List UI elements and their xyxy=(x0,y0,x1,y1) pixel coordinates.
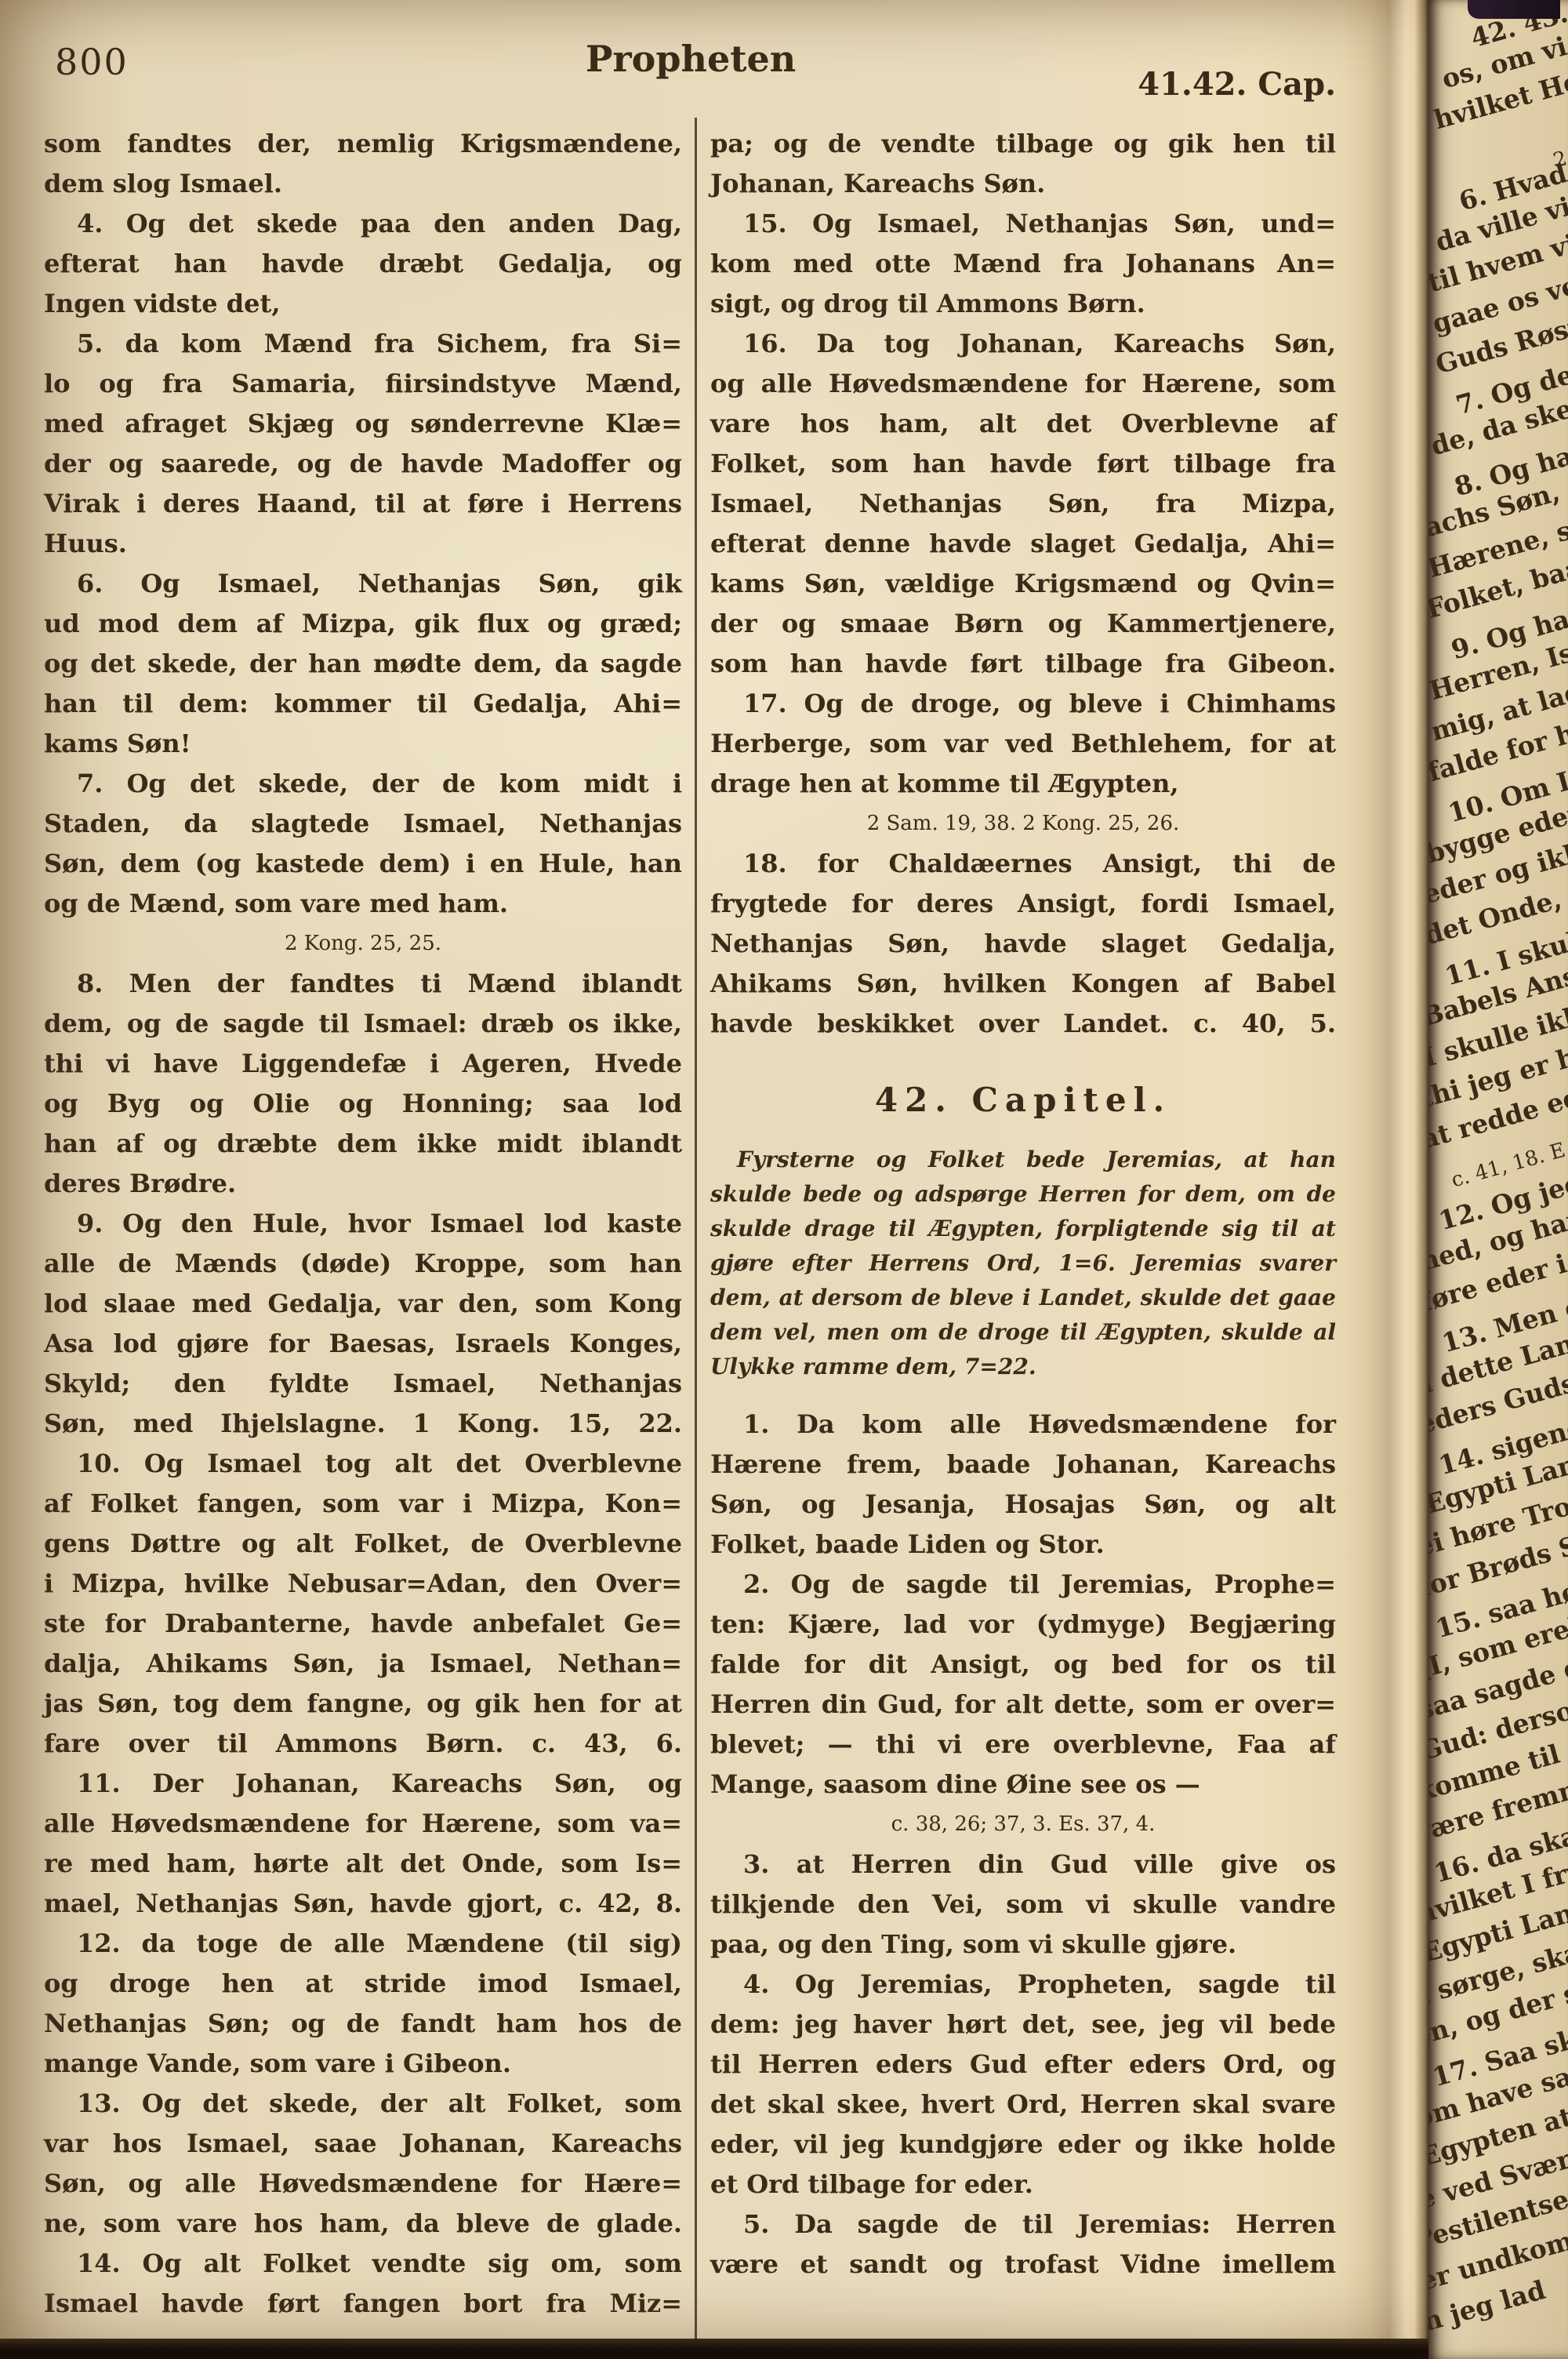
text-line: 5. da kom Mænd fra Sichem, fra Si= xyxy=(44,324,682,364)
text-line: ne, som vare hos ham, da bleve de glade. xyxy=(44,2204,682,2244)
text-line: kams Søn, vældige Krigsmænd og Qvin= xyxy=(710,564,1336,604)
text-line: frygtede for deres Ansigt, fordi Ismael, xyxy=(710,884,1336,924)
text-line: 2 Kong. 25, 25. xyxy=(44,924,682,964)
text-line: gjøre efter Herrens Ord, 1=6. Jeremias s… xyxy=(710,1246,1336,1281)
chapter-reference: 41.42. Cap. xyxy=(1138,66,1336,103)
text-line: ud mod dem af Mizpa, gik flux og græd; xyxy=(44,604,682,644)
page-fore-edge-shadow xyxy=(1341,0,1428,2359)
text-line: tilkjende den Vei, som vi skulle vandre xyxy=(710,1885,1336,1925)
text-line: 1. Da kom alle Høvedsmændene for xyxy=(710,1405,1336,1445)
text-line: og det skede, der han mødte dem, da sagd… xyxy=(44,644,682,684)
text-line: 5. Da sagde de til Jeremias: Herren xyxy=(710,2205,1336,2245)
text-line: der og saarede, og de havde Madoffer og xyxy=(44,444,682,484)
text-line: skulde bede og adspørge Herren for dem, … xyxy=(710,1177,1336,1212)
text-line: pa; og de vendte tilbage og gik hen til xyxy=(710,124,1336,164)
text-line: dem, og de sagde til Ismael: dræb os ikk… xyxy=(44,1004,682,1044)
right-column: pa; og de vendte tilbage og gik hen tilJ… xyxy=(710,124,1336,2284)
text-line: 7. Og det skede, der de kom midt i xyxy=(44,764,682,804)
text-line: 16. Da tog Johanan, Kareachs Søn, xyxy=(710,324,1336,364)
text-line: Nethanjas Søn; og de fandt ham hos de xyxy=(44,2004,682,2044)
text-line: med afraget Skjæg og sønderrevne Klæ= xyxy=(44,404,682,444)
text-line: Ahikams Søn, hvilken Kongen af Babel xyxy=(710,964,1336,1004)
text-line: til Herren eders Gud efter eders Ord, og xyxy=(710,2045,1336,2085)
text-line: Skyld; den fyldte Ismael, Nethanjas xyxy=(44,1364,682,1404)
text-line: 11. Der Johanan, Kareachs Søn, og xyxy=(44,1764,682,1804)
text-line: skulde drage til Ægypten, forpligtende s… xyxy=(710,1212,1336,1246)
text-line: Ingen vidste det, xyxy=(44,284,682,324)
left-column: som fandtes der, nemlig Krigsmændene,dem… xyxy=(44,124,682,2324)
facing-page-edge: 42. 43. Cap.os, om vi ikkehvilket Herren… xyxy=(1428,0,1568,2359)
text-line: Ismael havde ført fangen bort fra Miz= xyxy=(44,2284,682,2324)
text-line: dem vel, men om de droge til Ægypten, sk… xyxy=(710,1315,1336,1350)
text-line: vare hos ham, alt det Overblevne af xyxy=(710,404,1336,444)
text-line: dalja, Ahikams Søn, ja Ismael, Nethan= xyxy=(44,1644,682,1684)
text-line: Asa lod gjøre for Baesas, Israels Konges… xyxy=(44,1324,682,1364)
text-line: 15. Og Ismael, Nethanjas Søn, und= xyxy=(710,204,1336,244)
text-line: Johanan, Kareachs Søn. xyxy=(710,164,1336,204)
text-line: 13. Og det skede, der alt Folket, som xyxy=(44,2084,682,2124)
text-line: Ismael, Nethanjas Søn, fra Mizpa, xyxy=(710,484,1336,524)
text-line: fare over til Ammons Børn. c. 43, 6. xyxy=(44,1724,682,1764)
text-line: paa, og den Ting, som vi skulle gjøre. xyxy=(710,1925,1336,1965)
text-line: af Folket fangen, som var i Mizpa, Kon= xyxy=(44,1484,682,1524)
text-line: der og smaae Børn og Kammertjenere, xyxy=(710,604,1336,644)
text-line: og droge hen at stride imod Ismael, xyxy=(44,1964,682,2004)
text-line: alle de Mænds (døde) Kroppe, som han xyxy=(44,1244,682,1284)
text-line: han af og dræbte dem ikke midt iblandt xyxy=(44,1124,682,1164)
text-line: alle Høvedsmændene for Hærene, som va= xyxy=(44,1804,682,1844)
text-line: deres Brødre. xyxy=(44,1164,682,1204)
text-line: jas Søn, tog dem fangne, og gik hen for … xyxy=(44,1684,682,1724)
text-line: c. 38, 26; 37, 3. Es. 37, 4. xyxy=(710,1805,1336,1845)
text-line: re med ham, hørte alt det Onde, som Is= xyxy=(44,1844,682,1884)
text-line: Folket, som han havde ført tilbage fra xyxy=(710,444,1336,484)
text-line: 2. Og de sagde til Jeremias, Prophe= xyxy=(710,1565,1336,1605)
text-line: dem slog Ismael. xyxy=(44,164,682,204)
text-line: Hærene frem, baade Johanan, Kareachs xyxy=(710,1445,1336,1485)
text-line: 9. Og den Hule, hvor Ismael lod kaste xyxy=(44,1204,682,1244)
text-line: være et sandt og trofast Vidne imellem xyxy=(710,2245,1336,2284)
text-line: som fandtes der, nemlig Krigsmændene, xyxy=(44,124,682,164)
text-line: ste for Drabanterne, havde anbefalet Ge= xyxy=(44,1604,682,1644)
text-line: han til dem: kommer til Gedalja, Ahi= xyxy=(44,684,682,724)
text-line: drage hen at komme til Ægypten, xyxy=(710,764,1336,804)
text-line: efterat denne havde slaget Gedalja, Ahi= xyxy=(710,524,1336,564)
page-header: 800 Propheten 41.42. Cap. xyxy=(44,35,1338,97)
text-line: kom med otte Mænd fra Johanans An= xyxy=(710,244,1336,284)
text-line: 6. Og Ismael, Nethanjas Søn, gik xyxy=(44,564,682,604)
text-line: 14. Og alt Folket vendte sig om, som xyxy=(44,2244,682,2284)
background-corner xyxy=(1468,0,1560,19)
text-line: havde beskikket over Landet. c. 40, 5. xyxy=(710,1004,1336,1044)
text-line: falde for dit Ansigt, og bed for os til xyxy=(710,1645,1336,1685)
text-line: kams Søn! xyxy=(44,724,682,764)
text-line: 18. for Chaldæernes Ansigt, thi de xyxy=(710,844,1336,884)
text-line: Virak i deres Haand, til at føre i Herre… xyxy=(44,484,682,524)
text-line: 4. Og Jeremias, Propheten, sagde til xyxy=(710,1965,1336,2005)
text-line: og de Mænd, som vare med ham. xyxy=(44,884,682,924)
text-line: Fyrsterne og Folket bede Jeremias, at ha… xyxy=(710,1143,1336,1177)
text-line: Staden, da slagtede Ismael, Nethanjas xyxy=(44,804,682,844)
text-line: thi vi have Liggendefæ i Ageren, Hvede xyxy=(44,1044,682,1084)
text-line: Søn, med Ihjelslagne. 1 Kong. 15, 22. xyxy=(44,1404,682,1444)
column-rule xyxy=(695,118,697,2339)
text-line: eder, vil jeg kundgjøre eder og ikke hol… xyxy=(710,2125,1336,2165)
text-line: og Byg og Olie og Honning; saa lod xyxy=(44,1084,682,1124)
text-line: mael, Nethanjas Søn, havde gjort, c. 42,… xyxy=(44,1884,682,1924)
text-line: 4. Og det skede paa den anden Dag, xyxy=(44,204,682,244)
book-photo: 800 Propheten 41.42. Cap. som fandtes de… xyxy=(0,0,1568,2359)
text-line: var hos Ismael, saae Johanan, Kareachs xyxy=(44,2124,682,2164)
text-line: det skal skee, hvert Ord, Herren skal sv… xyxy=(710,2085,1336,2125)
text-line: sigt, og drog til Ammons Børn. xyxy=(710,284,1336,324)
text-line: Søn, og Jesanja, Hosajas Søn, og alt xyxy=(710,1485,1336,1525)
text-line: i Mizpa, hvilke Nebusar=Adan, den Over= xyxy=(44,1564,682,1604)
text-line: og alle Høvedsmændene for Hærene, som xyxy=(710,364,1336,404)
text-line: 2 Sam. 19, 38. 2 Kong. 25, 26. xyxy=(710,804,1336,844)
text-line: dem: jeg haver hørt det, see, jeg vil be… xyxy=(710,2005,1336,2045)
text-line: gens Døttre og alt Folket, de Overblevne xyxy=(44,1524,682,1564)
text-line: 42. Capitel. xyxy=(710,1061,1336,1136)
text-line: Mange, saasom dine Øine see os — xyxy=(710,1765,1336,1805)
text-line: et Ord tilbage for eder. xyxy=(710,2165,1336,2205)
text-line: 12. da toge de alle Mændene (til sig) xyxy=(44,1924,682,1964)
text-line: Nethanjas Søn, havde slaget Gedalja, xyxy=(710,924,1336,964)
text-line: som han havde ført tilbage fra Gibeon. xyxy=(710,644,1336,684)
book-page-800: 800 Propheten 41.42. Cap. som fandtes de… xyxy=(0,0,1428,2359)
text-line: Ulykke ramme dem, 7=22. xyxy=(710,1350,1336,1384)
text-line: 17. Og de droge, og bleve i Chimhams xyxy=(710,684,1336,724)
text-line: 8. Men der fandtes ti Mænd iblandt xyxy=(44,964,682,1004)
text-line: 3. at Herren din Gud ville give os xyxy=(710,1845,1336,1885)
text-line: Herren din Gud, for alt dette, som er ov… xyxy=(710,1685,1336,1725)
text-line: Søn, dem (og kastede dem) i en Hule, han xyxy=(44,844,682,884)
text-line: Herberge, som var ved Bethlehem, for at xyxy=(710,724,1336,764)
text-line: lod slaae med Gedalja, var den, som Kong xyxy=(44,1284,682,1324)
text-line: blevet; — thi vi ere overblevne, Faa af xyxy=(710,1725,1336,1765)
text-line: Folket, baade Liden og Stor. xyxy=(710,1525,1336,1565)
book-bottom-edge xyxy=(0,2339,1428,2359)
facing-page-text: 42. 43. Cap.os, om vi ikkehvilket Herren… xyxy=(1428,0,1568,2343)
text-line: Søn, og alle Høvedsmændene for Hære= xyxy=(44,2164,682,2204)
text-line: ten: Kjære, lad vor (ydmyge) Begjæring xyxy=(710,1605,1336,1645)
text-line: Huus. xyxy=(44,524,682,564)
text-line: 10. Og Ismael tog alt det Overblevne xyxy=(44,1444,682,1484)
text-line: lo og fra Samaria, fiirsindstyve Mænd, xyxy=(44,364,682,404)
text-line: efterat han havde dræbt Gedalja, og xyxy=(44,244,682,284)
text-line: mange Vande, som vare i Gibeon. xyxy=(44,2044,682,2084)
text-line: dem, at dersom de bleve i Landet, skulde… xyxy=(710,1281,1336,1315)
